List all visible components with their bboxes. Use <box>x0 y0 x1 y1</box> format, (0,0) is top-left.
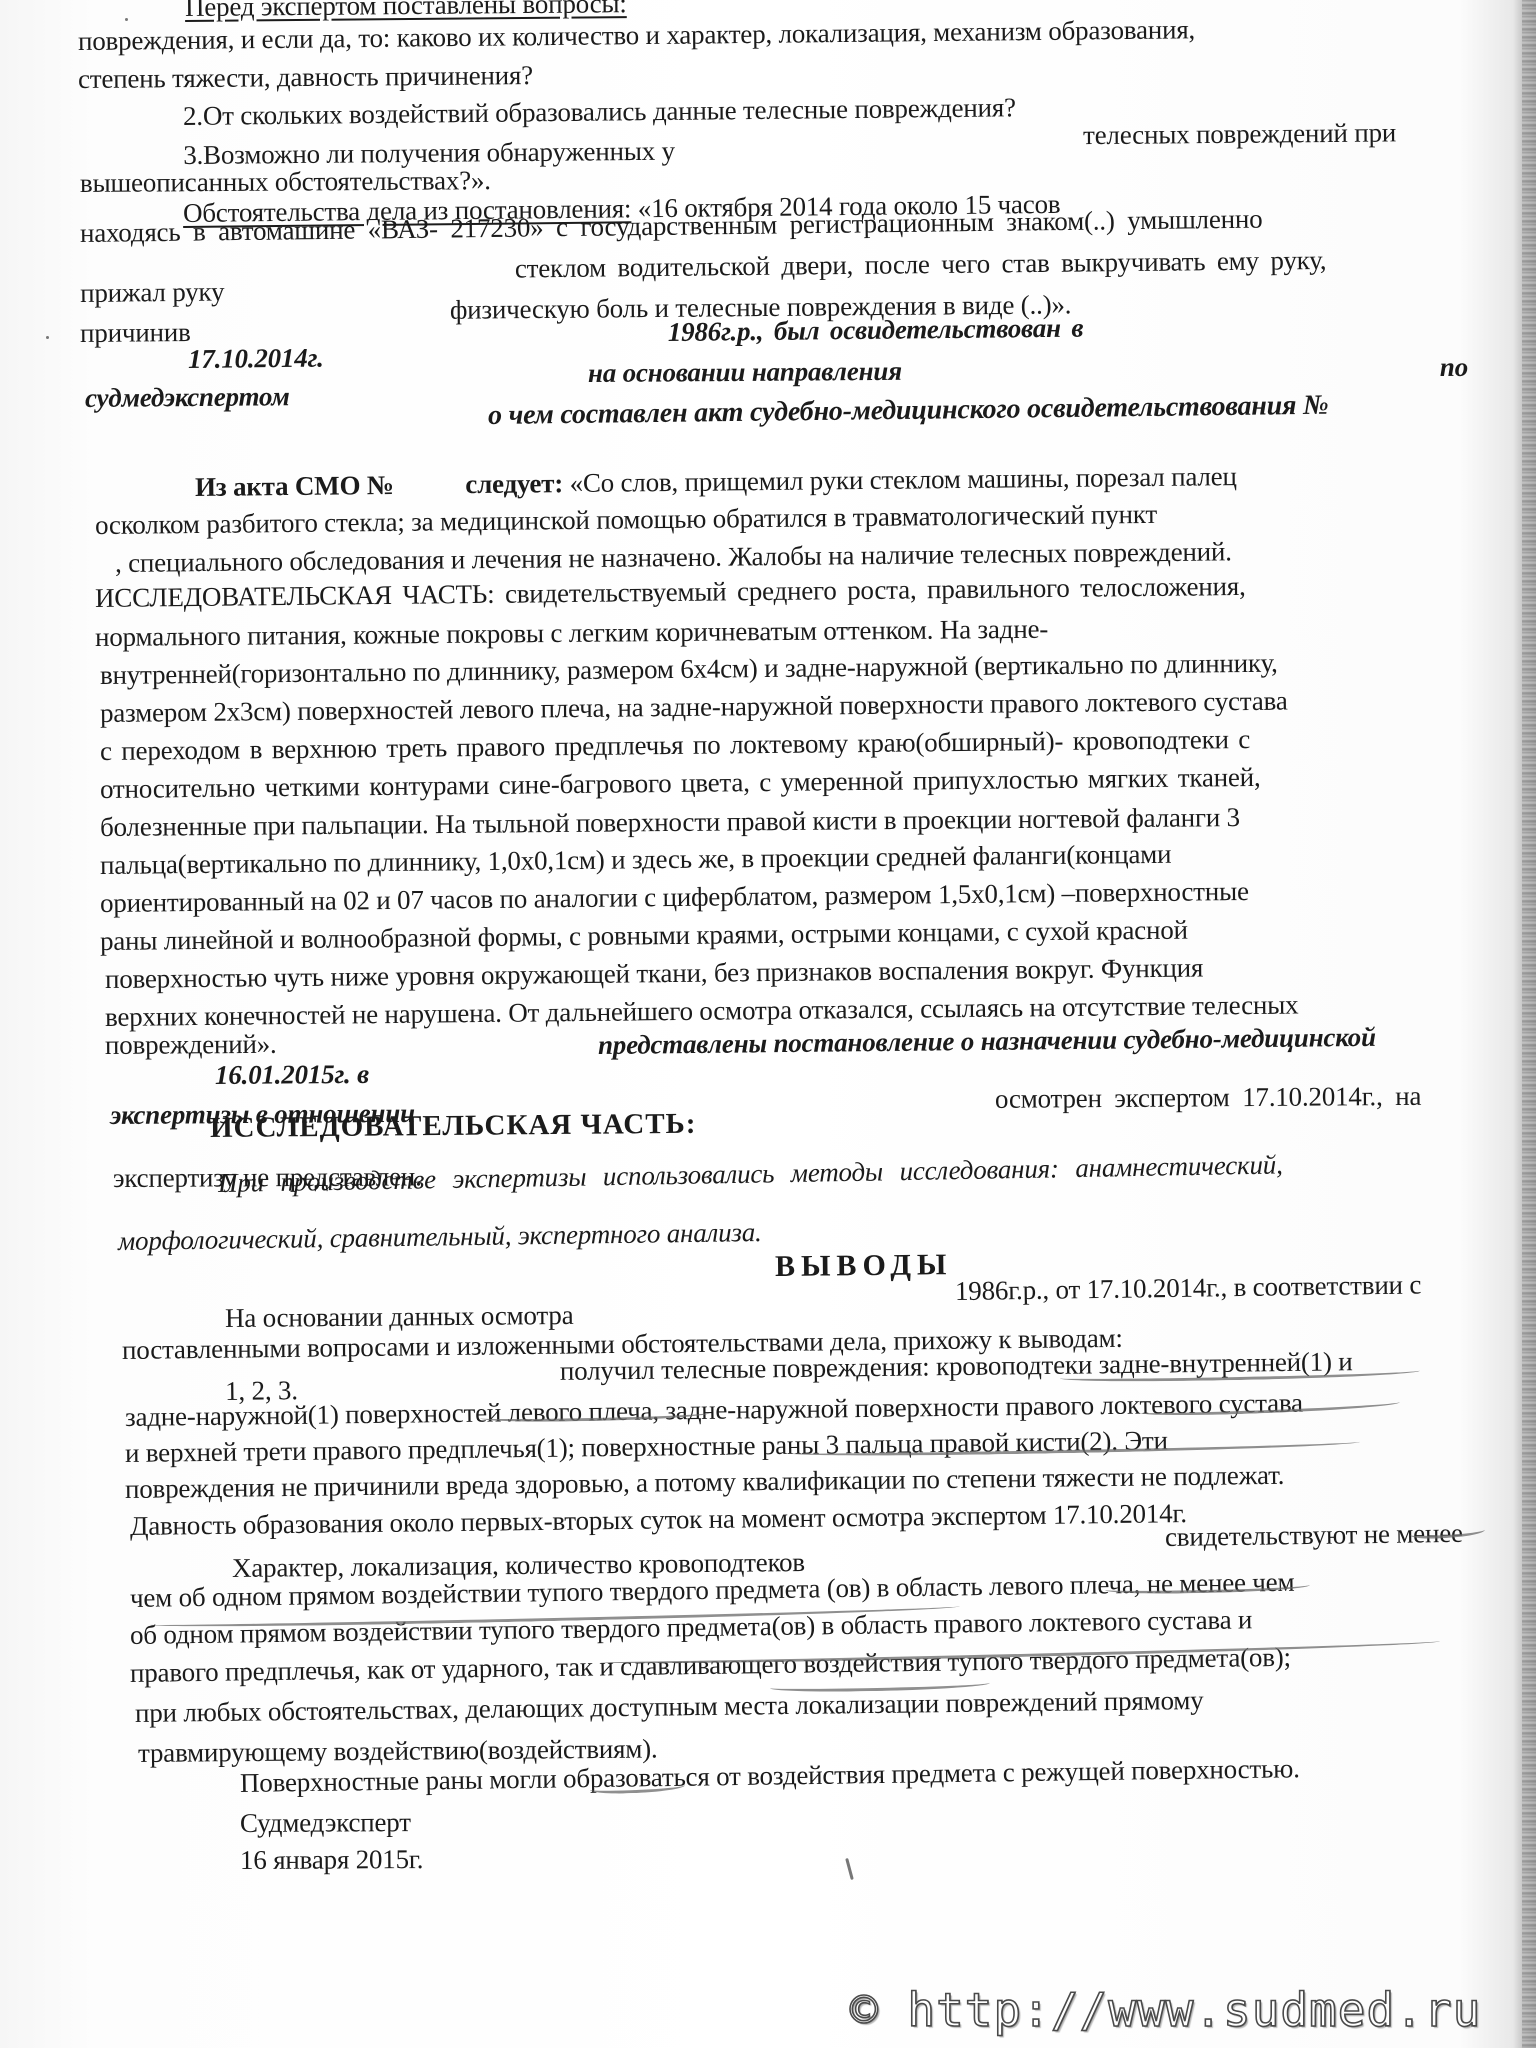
line-text: о чем составлен акт судебно-медицинского… <box>488 390 1329 431</box>
doc-line: представлены постановление о назначении … <box>598 1022 1376 1061</box>
line-text: следует: <box>465 468 563 499</box>
line-text: повреждений». <box>105 1029 277 1060</box>
line-text: При производстве экспертизы использовали… <box>218 1149 1283 1198</box>
watermark: © http://www.sudmed.ru <box>850 1983 1481 2037</box>
line-text: 16.01.2015г. в <box>215 1059 369 1090</box>
line-text: телесных повреждений при <box>1083 117 1396 151</box>
line-text: На основании данных осмотра <box>225 1300 574 1333</box>
line-text: 16 января 2015г. <box>240 1844 423 1875</box>
doc-line: внутренней(горизонтально по длиннику, ра… <box>100 648 1278 691</box>
line-text: внутренней(горизонтально по длиннику, ра… <box>100 648 1278 690</box>
question-2: 2.От скольких воздействий образовались д… <box>183 92 1016 132</box>
line-text: морфологический, сравнительный, экспертн… <box>118 1217 762 1256</box>
doc-line: поверхностью чуть ниже уровня окружающей… <box>105 953 1203 995</box>
scan-speck <box>125 18 128 21</box>
line-text: при любых обстоятельствах, делающих дост… <box>135 1685 1204 1728</box>
line-text: 1986г.р., был освидетельствован в <box>668 313 1084 348</box>
doc-line: ориентированный на 02 и 07 часов по анал… <box>100 876 1249 919</box>
smo-line: Из акта СМО № следует: «Со слов, прищеми… <box>195 459 1475 503</box>
doc-line: вышеописанных обстоятельствах?». <box>80 165 491 199</box>
line-text: относительно четкими контурами сине-багр… <box>100 762 1261 804</box>
doc-line: повреждений». <box>105 1029 277 1061</box>
line-text: раны линейной и волнообразной формы, с р… <box>100 915 1188 956</box>
research-heading: ИССЛЕДОВАТЕЛЬСКАЯ ЧАСТЬ: <box>210 1108 697 1145</box>
scanned-page: Перед экспертом поставлены вопросы: повр… <box>0 0 1536 2048</box>
line-text: судмедэкспертом <box>85 381 290 413</box>
line-text: ориентированный на 02 и 07 часов по анал… <box>100 876 1249 918</box>
line-text: степень тяжести, давность причинения? <box>78 60 533 94</box>
line-text: размером 2х3см) поверхностей левого плеч… <box>100 686 1288 728</box>
signature-title: Судмедэксперт <box>240 1807 411 1839</box>
line-text: осколком разбитого стекла; за медицинско… <box>95 499 1157 540</box>
line-text: представлены постановление о назначении … <box>598 1022 1376 1060</box>
doc-line: с переходом в верхнюю треть правого пред… <box>100 724 1250 767</box>
heading-text: ИССЛЕДОВАТЕЛЬСКАЯ ЧАСТЬ: <box>210 1108 697 1144</box>
line-text: Судмедэксперт <box>240 1807 411 1838</box>
doc-line: 1986г.р., от 17.10.2014г., в соответстви… <box>955 1269 1422 1307</box>
line-text: с переходом в верхнюю треть правого пред… <box>100 724 1250 766</box>
date-line: 16.01.2015г. в <box>215 1059 369 1091</box>
doc-line: нормального питания, кожные покровы с ле… <box>95 614 1048 653</box>
line-text: причинив <box>80 317 191 349</box>
signature-date: 16 января 2015г. <box>240 1844 423 1876</box>
methods-line: При производстве экспертизы использовали… <box>218 1149 1283 1199</box>
doc-line: о чем составлен акт судебно-медицинского… <box>488 390 1329 432</box>
pen-mark <box>845 1858 854 1880</box>
doc-line: раны линейной и волнообразной формы, с р… <box>100 915 1188 957</box>
doc-line: ИССЛЕДОВАТЕЛЬСКАЯ ЧАСТЬ: свидетельствуем… <box>95 571 1246 614</box>
line-text: пальца(вертикально по длиннику, 1,0х0,1с… <box>100 839 1172 880</box>
doc-line: относительно четкими контурами сине-багр… <box>100 762 1261 805</box>
line-text: Перед экспертом поставлены вопросы: <box>185 0 627 22</box>
smo-label: Из акта СМО № <box>195 470 394 502</box>
exam-date: 17.10.2014г. <box>188 343 324 375</box>
questions-heading: Перед экспертом поставлены вопросы: <box>185 0 627 23</box>
line-text: , специального обследования и лечения не… <box>115 536 1232 578</box>
line-text: получил телесные повреждения: кровоподте… <box>560 1346 1353 1387</box>
doc-line: Давность образования около первых-вторых… <box>130 1498 1187 1542</box>
line-text: поверхностью чуть ниже уровня окружающей… <box>105 953 1203 994</box>
doc-line: морфологический, сравнительный, экспертн… <box>118 1217 762 1257</box>
doc-line: На основании данных осмотра <box>225 1300 574 1334</box>
doc-line: болезненные при пальпации. На тыльной по… <box>100 802 1240 843</box>
line-text: стеклом водительской двери, после чего с… <box>515 245 1327 284</box>
line-text: Давность образования около первых-вторых… <box>130 1498 1187 1541</box>
line-text: нормального питания, кожные покровы с ле… <box>95 614 1048 652</box>
doc-line: степень тяжести, давность причинения? <box>78 60 533 95</box>
doc-line: на основании направления по <box>588 352 1468 389</box>
line-text: по <box>1440 352 1468 383</box>
conclusions-heading: ВЫВОДЫ <box>775 1248 953 1284</box>
line-text: осмотрен экспертом 17.10.2014г., на <box>995 1081 1421 1115</box>
line-text: на основании направления <box>588 356 902 388</box>
scan-page-edge <box>1522 0 1536 2048</box>
doc-line: судмедэкспертом <box>85 381 290 414</box>
doc-line: осколком разбитого стекла; за медицинско… <box>95 499 1157 541</box>
doc-line: пальца(вертикально по длиннику, 1,0х0,1с… <box>100 839 1172 881</box>
doc-line: при любых обстоятельствах, делающих дост… <box>135 1685 1204 1729</box>
line-text: вышеописанных обстоятельствах?». <box>80 165 491 198</box>
line-text: 1986г.р., от 17.10.2014г., в соответстви… <box>955 1269 1422 1306</box>
line-text: болезненные при пальпации. На тыльной по… <box>100 802 1240 842</box>
scan-speck <box>46 336 49 339</box>
doc-line: размером 2х3см) поверхностей левого плеч… <box>100 686 1288 729</box>
heading-text: ВЫВОДЫ <box>775 1248 953 1283</box>
line-text: 2.От скольких воздействий образовались д… <box>183 92 1016 131</box>
line-text: «Со слов, прищемил руки стеклом машины, … <box>563 461 1237 498</box>
